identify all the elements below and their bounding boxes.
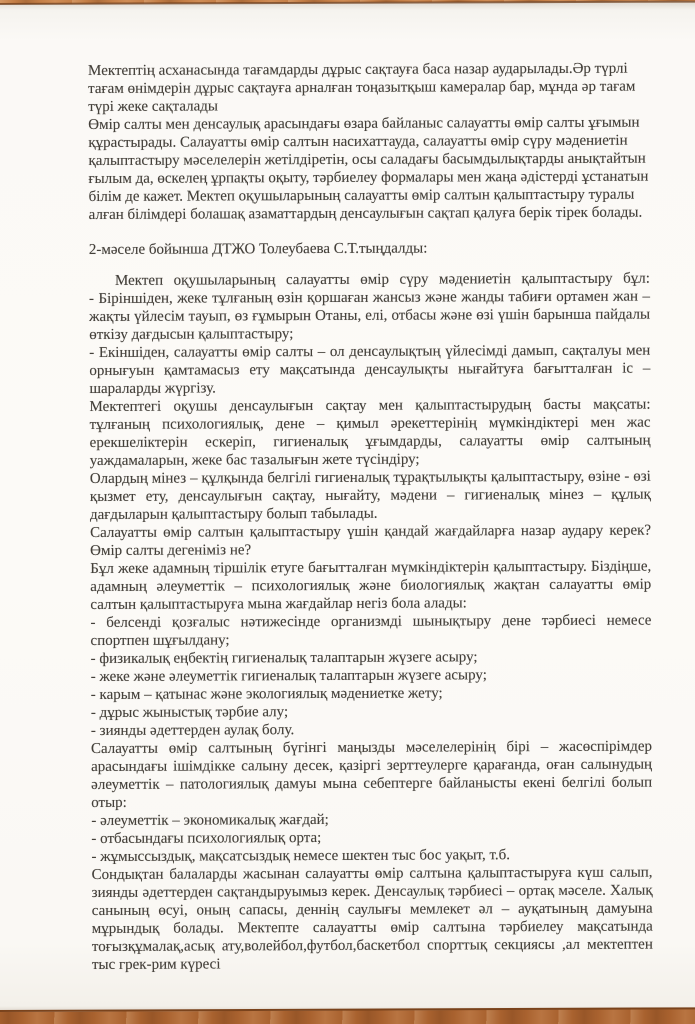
list-item-ekinshiden: - Екіншіден, салауатты өмір салты – ол д…: [89, 342, 650, 398]
paragraph: Салауатты өмір салтының бүгінгі маңызды …: [91, 738, 652, 812]
section-heading-2-masele: 2-мәселе бойынша ДТЖО Толеубаева С.Т.тың…: [89, 239, 650, 259]
list-item: - белсенді қозғалыс нәтижесінде организм…: [90, 612, 651, 650]
paragraph: Олардың мінез – құлқында белгілі гигиена…: [90, 468, 651, 524]
document-text: Мектептің асханасында тағамдарды дұрыс с…: [88, 60, 653, 974]
document-photo: Мектептің асханасында тағамдарды дұрыс с…: [0, 0, 695, 1024]
paragraph: Мектептегі оқушы денсаулығын сақтау мен …: [89, 396, 650, 470]
paper-sheet: Мектептің асханасында тағамдарды дұрыс с…: [0, 0, 695, 1024]
paragraph: Мектептің асханасында тағамдарды дұрыс с…: [88, 60, 649, 116]
paragraph: Бұл жеке адамның тіршілік етуге бағыттал…: [90, 558, 651, 614]
paragraph: Салауатты өмір салтын қалыптастыру үшін …: [90, 522, 651, 560]
paragraph: Өмір салты мен денсаулық арасындағы өзар…: [88, 114, 649, 224]
list-item-birinshiden: - Біріншіден, жеке тұлғаның өзін қоршаға…: [89, 288, 650, 344]
paragraph: Сондықтан балаларды жасынан салауатты өм…: [92, 864, 653, 974]
